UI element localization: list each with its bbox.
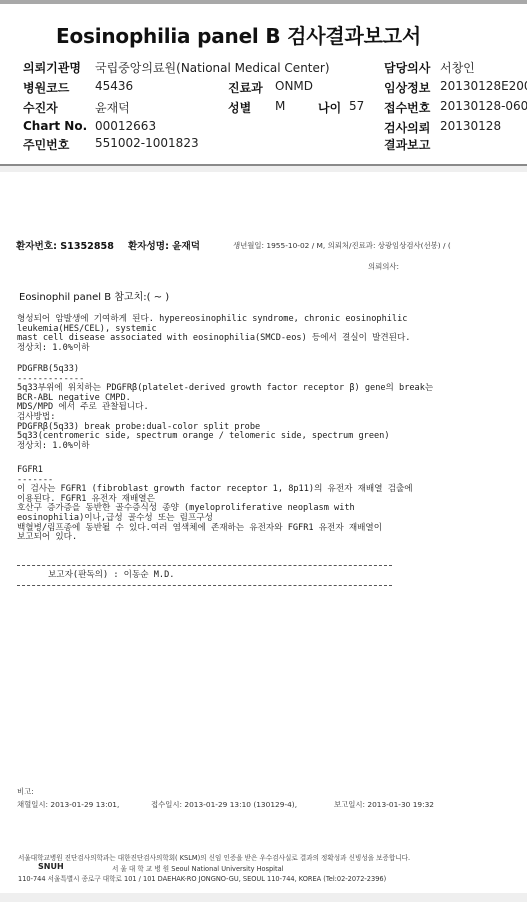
collected-time: 채혈일시: 2013-01-29 13:01, xyxy=(17,799,119,810)
footer-band xyxy=(0,893,527,902)
sex-label: 성별 xyxy=(228,99,251,116)
section-fgfr1: FGFR1 ------- 이 검사는 FGFR1 (fibroblast gr… xyxy=(17,466,413,543)
patient-meta: 생년월일: 1955-10-02 / M, 의뢰처/진료과: 상광임상검사(선봉… xyxy=(233,240,451,251)
rrn-label: 주민번호 xyxy=(23,136,69,153)
rrn-value: 551002-1001823 xyxy=(95,136,199,150)
age-label: 나이 xyxy=(318,99,341,116)
section-heading: FGFR1 xyxy=(17,466,413,476)
hospital-address: 110-744 서울특별시 종로구 대학로 101 / 101 DAEHAK-R… xyxy=(18,873,386,883)
section-line: 정상치: 1.0%이하 xyxy=(17,442,433,452)
test-title: Eosinophil panel B 참고치:( ~ ) xyxy=(19,288,169,303)
hospital-name: 서 울 대 학 교 병 원 Seoul National University … xyxy=(112,863,283,873)
chart-value: 00012663 xyxy=(95,119,156,133)
request-label: 검사의뢰 xyxy=(384,119,430,136)
clinical-label: 임상정보 xyxy=(384,79,430,96)
patient-name: 환자성명: 윤재덕 xyxy=(128,238,200,252)
section-line: MDS/MPD 에서 주로 관찰됩니다. xyxy=(17,403,433,413)
doctor-label: 담당의사 xyxy=(384,59,430,76)
sex-value: M xyxy=(275,99,285,113)
clinical-value: 20130128E200 xyxy=(440,79,527,93)
chart-label: Chart No. xyxy=(23,119,87,133)
divider-dashed xyxy=(17,585,392,586)
received-time: 접수일시: 2013-01-29 13:10 (130129-4), xyxy=(151,799,297,810)
remarks-label: 비고: xyxy=(17,786,34,797)
receipt-value: 20130128-060 xyxy=(440,99,527,113)
institution-value: 국립중앙의료원(National Medical Center) xyxy=(95,59,330,76)
intro-line: 정상치: 1.0%이하 xyxy=(17,344,410,354)
divider-dashed xyxy=(17,565,392,566)
requesting-doctor: 의뢰의사: xyxy=(368,261,399,272)
section-pdgfrb: PDGFRB(5q33) ------------- 5q33부위에 위치하는 … xyxy=(17,365,433,451)
request-value: 20130128 xyxy=(440,119,501,133)
certification-line: 서울대학교병원 진단검사의학과는 대한진단검사의학회( KSLM)의 신임 인증… xyxy=(18,852,410,862)
age-value: 57 xyxy=(349,99,364,113)
doctor-value: 서창인 xyxy=(440,59,475,76)
result-label: 결과보고 xyxy=(384,136,430,153)
hospital-code-value: 45436 xyxy=(95,79,133,93)
receipt-label: 접수번호 xyxy=(384,99,430,116)
patient-value: 윤재덕 xyxy=(95,99,130,116)
institution-label: 의뢰기관명 xyxy=(23,59,81,76)
hospital-code-label: 병원코드 xyxy=(23,79,69,96)
dept-value: ONMD xyxy=(275,79,313,93)
reported-time: 보고일시: 2013-01-30 19:32 xyxy=(334,799,434,810)
snuh-logo: SNUH xyxy=(38,862,64,871)
intro-text: 형성되어 암발생에 기여하게 된다. hypereosinophilic syn… xyxy=(17,315,410,353)
scanned-report: 환자번호: S1352858 환자성명: 윤재덕 생년월일: 1955-10-0… xyxy=(0,172,527,890)
dept-label: 진료과 xyxy=(228,79,263,96)
section-line: 보고되어 있다. xyxy=(17,533,413,543)
patient-label: 수진자 xyxy=(23,99,58,116)
patient-number: 환자번호: S1352858 xyxy=(16,238,114,252)
report-title: Eosinophilia panel B 검사결과보고서 xyxy=(56,20,421,49)
reporter: 보고자(판독의) : 이동순 M.D. xyxy=(48,571,174,581)
top-bar xyxy=(0,0,527,4)
